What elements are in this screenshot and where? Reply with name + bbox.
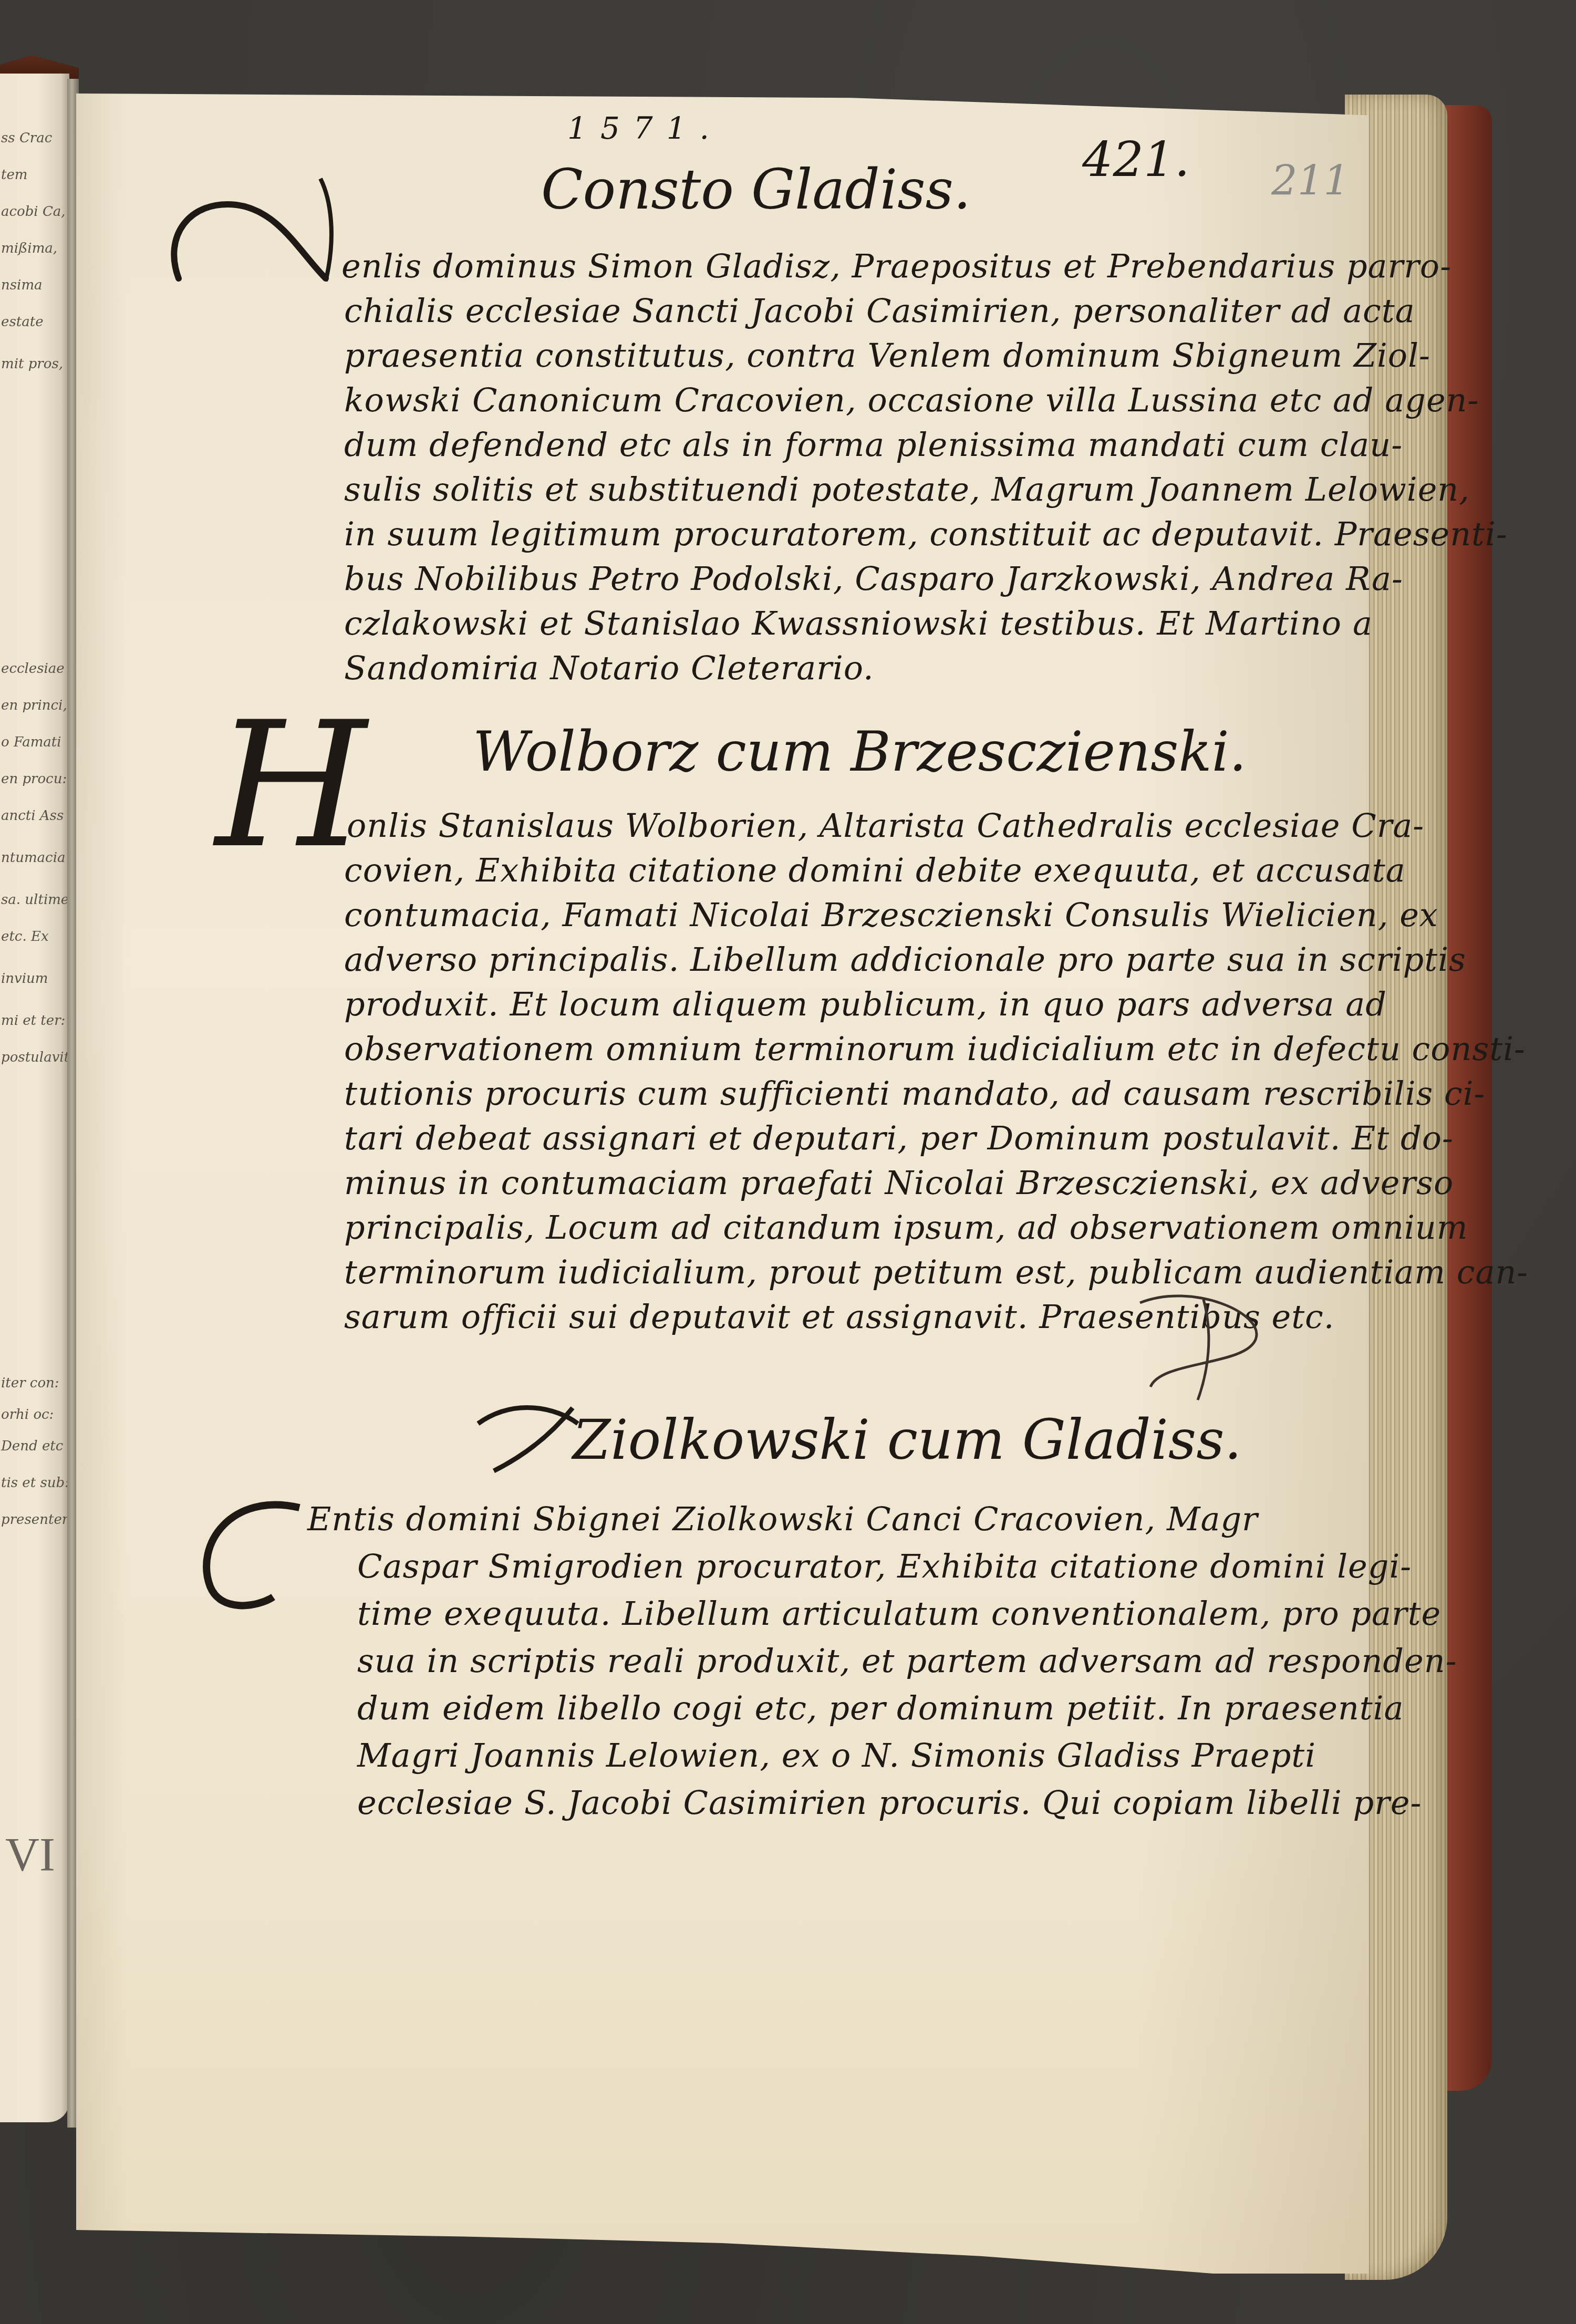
- margin-fragment: en procu:: [1, 772, 69, 786]
- text-line: terminorum iudicialium, prout petitum es…: [344, 1253, 1528, 1291]
- margin-fragment: tem: [1, 168, 69, 182]
- folio-number: 421.: [1082, 131, 1190, 188]
- year-heading: 1571.: [567, 110, 723, 146]
- text-line: tari debeat assignari et deputari, per D…: [344, 1119, 1454, 1157]
- text-line: ecclesiae S. Jacobi Casimirien procuris.…: [357, 1783, 1422, 1822]
- entry-heading: Wolborz cum Brzesczienski.: [473, 720, 1247, 784]
- closing-flourish: [1129, 1282, 1287, 1403]
- text-line: Caspar Smigrodien procurator, Exhibita c…: [357, 1547, 1412, 1585]
- margin-fragment: orhi oc:: [1, 1408, 69, 1422]
- margin-fragment: ecclesiae: [1, 662, 69, 676]
- margin-fragment: mi et ter:: [1, 1014, 69, 1028]
- initial-flourish-v: [158, 158, 347, 294]
- entry-heading: Ziolkowski cum Gladiss.: [573, 1408, 1242, 1472]
- margin-fragment: acobi Ca,: [1, 205, 69, 219]
- text-line: adverso principalis. Libellum addicional…: [344, 940, 1466, 979]
- text-line: minus in contumaciam praefati Nicolai Br…: [344, 1164, 1454, 1202]
- margin-fragment: ss Crac: [1, 131, 69, 145]
- text-line: in suum legitimum procuratorem, constitu…: [344, 515, 1508, 553]
- decorated-initial: H: [215, 699, 367, 872]
- margin-fragment: mit pros,: [1, 357, 69, 371]
- initial-flourish-n: [189, 1492, 326, 1628]
- text-line: sua in scriptis reali produxit, et parte…: [357, 1642, 1457, 1680]
- text-line: principalis, Locum ad citandum ipsum, ad…: [344, 1208, 1468, 1247]
- text-line: kowski Canonicum Cracovien, occasione vi…: [344, 381, 1479, 419]
- text-line: enlis dominus Simon Gladisz, Praepositus…: [341, 247, 1451, 285]
- margin-fragment: tis et sub:: [1, 1476, 69, 1490]
- text-line: Entis domini Sbignei Ziolkowski Canci Cr…: [307, 1500, 1258, 1538]
- margin-fragment: en princi,: [1, 699, 69, 712]
- roman-numeral-mark: VI: [5, 1828, 55, 1882]
- text-line: praesentia constitutus, contra Venlem do…: [344, 336, 1430, 375]
- margin-fragment: o Famati: [1, 735, 69, 749]
- pencil-foliation: 211: [1271, 158, 1350, 205]
- text-line: covien, Exhibita citatione domini debite…: [344, 851, 1406, 889]
- margin-fragment: nsima: [1, 278, 69, 292]
- text-line: bus Nobilibus Petro Podolski, Casparo Ja…: [344, 559, 1403, 598]
- margin-fragment: ntumacia: [1, 851, 69, 865]
- text-line: onlis Stanislaus Wolborien, Altarista Ca…: [347, 806, 1424, 845]
- text-line: sulis solitis et substituendi potestate,…: [344, 470, 1470, 509]
- margin-fragment: presentem: [1, 1513, 69, 1527]
- text-line: dum defendend etc als in forma plenissim…: [344, 426, 1403, 464]
- margin-fragment: etc. Ex: [1, 930, 69, 943]
- text-line: czlakowski et Stanislao Kwassniowski tes…: [344, 604, 1373, 642]
- facing-page: ss Crac tem acobi Ca, mißima, nsima esta…: [0, 74, 69, 2122]
- text-line: Sandomiria Notario Cleterario.: [344, 649, 874, 687]
- text-line: observationem omnium terminorum iudicial…: [344, 1030, 1526, 1068]
- margin-fragment: ancti Ass: [1, 809, 69, 823]
- text-line: time exequuta. Libellum articulatum conv…: [357, 1594, 1441, 1633]
- entry-heading: Consto Gladiss.: [541, 158, 971, 222]
- margin-fragment: Dend etc: [1, 1439, 69, 1453]
- text-line: dum eidem libello cogi etc, per dominum …: [357, 1689, 1404, 1727]
- margin-fragment: mißima,: [1, 242, 69, 255]
- text-line: contumacia, Famati Nicolai Brzesczienski…: [344, 896, 1438, 934]
- margin-fragment: sa. ultime: [1, 893, 69, 907]
- text-line: chialis ecclesiae Sancti Jacobi Casimiri…: [344, 292, 1415, 330]
- margin-fragment: estate: [1, 315, 69, 329]
- margin-fragment: invium: [1, 972, 69, 985]
- margin-fragment: iter con:: [1, 1376, 69, 1390]
- text-line: produxit. Et locum aliquem publicum, in …: [344, 985, 1387, 1023]
- text-line: Magri Joannis Lelowien, ex o N. Simonis …: [357, 1736, 1316, 1775]
- margin-fragment: postulavit,: [1, 1051, 69, 1064]
- text-line: tutionis procuris cum sufficienti mandat…: [344, 1074, 1486, 1113]
